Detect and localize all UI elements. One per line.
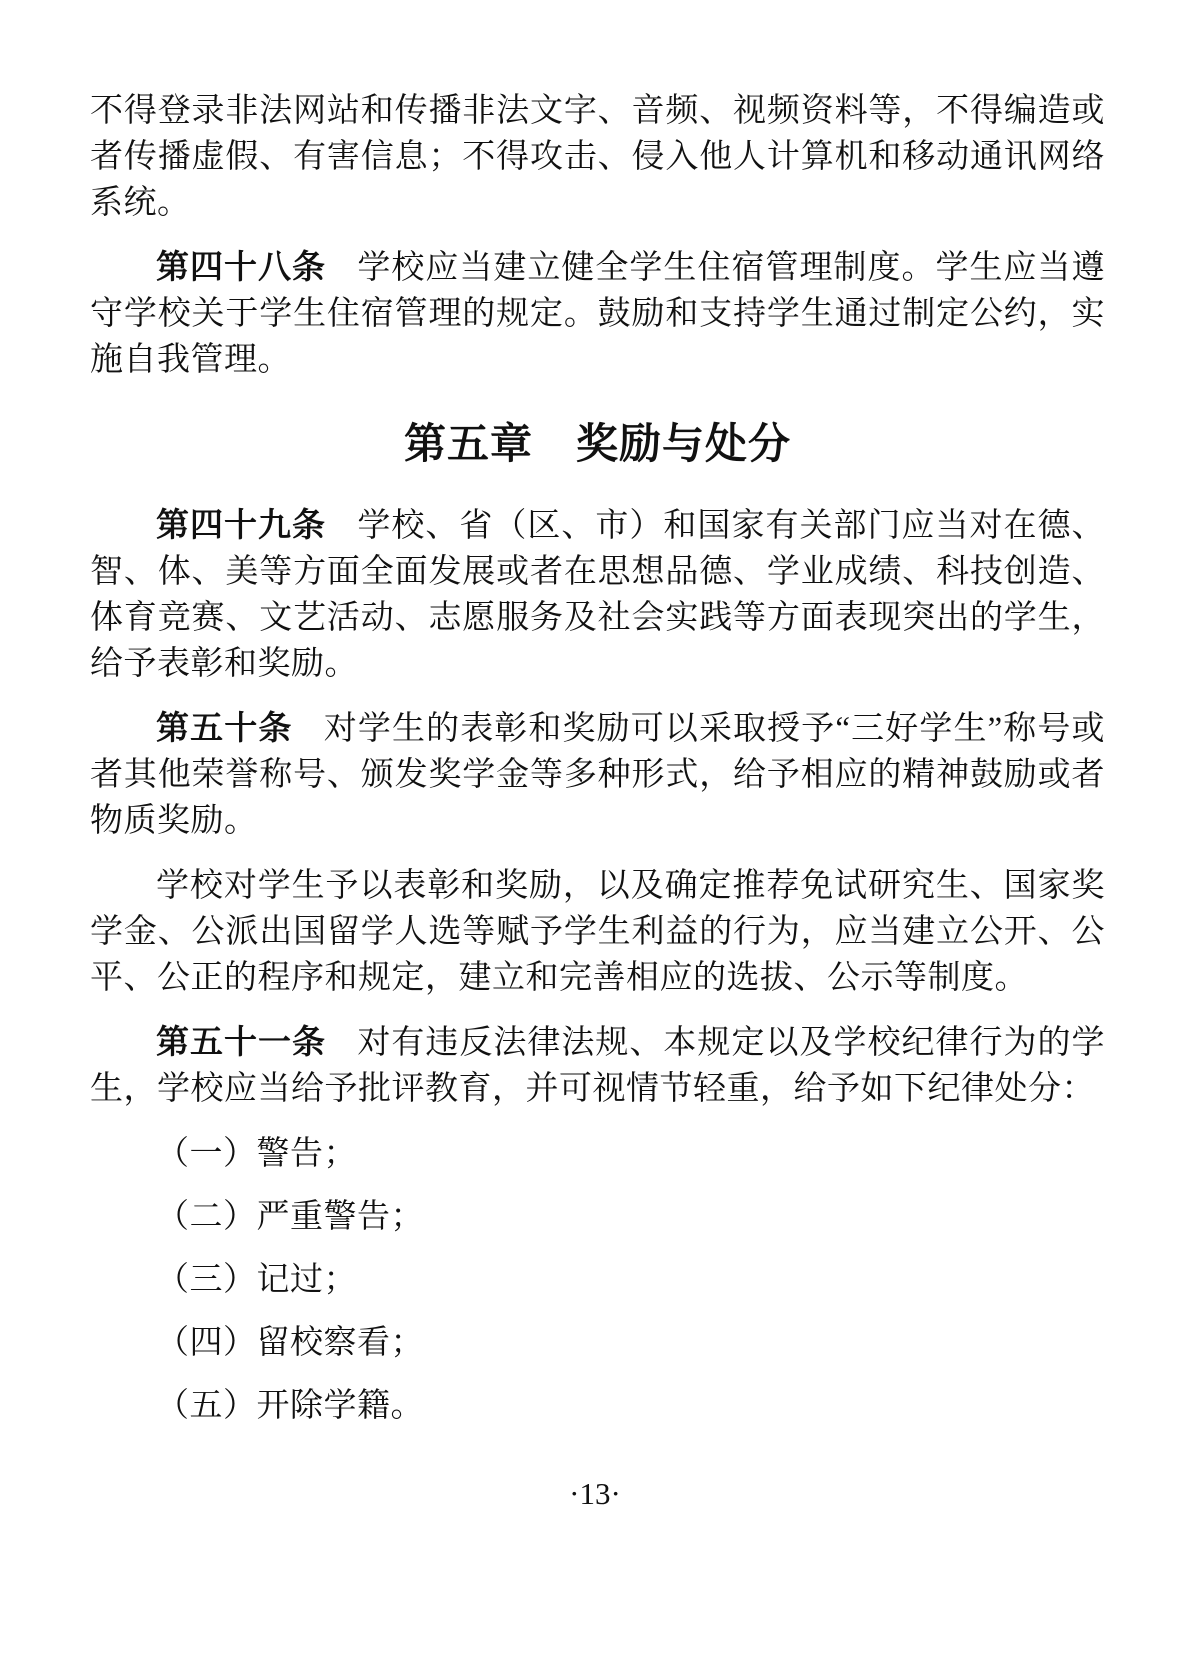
paragraph-article-51: 第五十一条对有违反法律法规、本规定以及学校纪律行为的学生，学校应当给予批评教育，… <box>90 1020 1105 1112</box>
discipline-item-4: （四）留校察看； <box>90 1320 1105 1366</box>
discipline-item-5: （五）开除学籍。 <box>90 1383 1105 1429</box>
discipline-item-2: （二）严重警告； <box>90 1194 1105 1240</box>
article-51-number: 第五十一条 <box>156 1025 326 1061</box>
paragraph-article-49: 第四十九条学校、省（区、市）和国家有关部门应当对在德、智、体、美等方面全面发展或… <box>90 503 1105 687</box>
paragraph-article-50-continued: 学校对学生予以表彰和奖励，以及确定推荐免试研究生、国家奖学金、公派出国留学人选等… <box>90 863 1105 1001</box>
article-48-number: 第四十八条 <box>156 250 326 286</box>
article-50-number: 第五十条 <box>156 711 292 747</box>
discipline-item-1: （一）警告； <box>90 1131 1105 1177</box>
paragraph-article-48: 第四十八条学校应当建立健全学生住宿管理制度。学生应当遵守学校关于学生住宿管理的规… <box>90 245 1105 383</box>
discipline-item-3: （三）记过； <box>90 1257 1105 1303</box>
paragraph-article-50: 第五十条对学生的表彰和奖励可以采取授予“三好学生”称号或者其他荣誉称号、颁发奖学… <box>90 706 1105 844</box>
chapter-5-heading: 第五章 奖励与处分 <box>90 417 1105 473</box>
article-49-number: 第四十九条 <box>156 508 326 544</box>
paragraph-continuation: 不得登录非法网站和传播非法文字、音频、视频资料等，不得编造或者传播虚假、有害信息… <box>90 88 1105 226</box>
page-number: ·13· <box>0 1474 1190 1514</box>
document-page: 不得登录非法网站和传播非法文字、音频、视频资料等，不得编造或者传播虚假、有害信息… <box>0 0 1190 1670</box>
